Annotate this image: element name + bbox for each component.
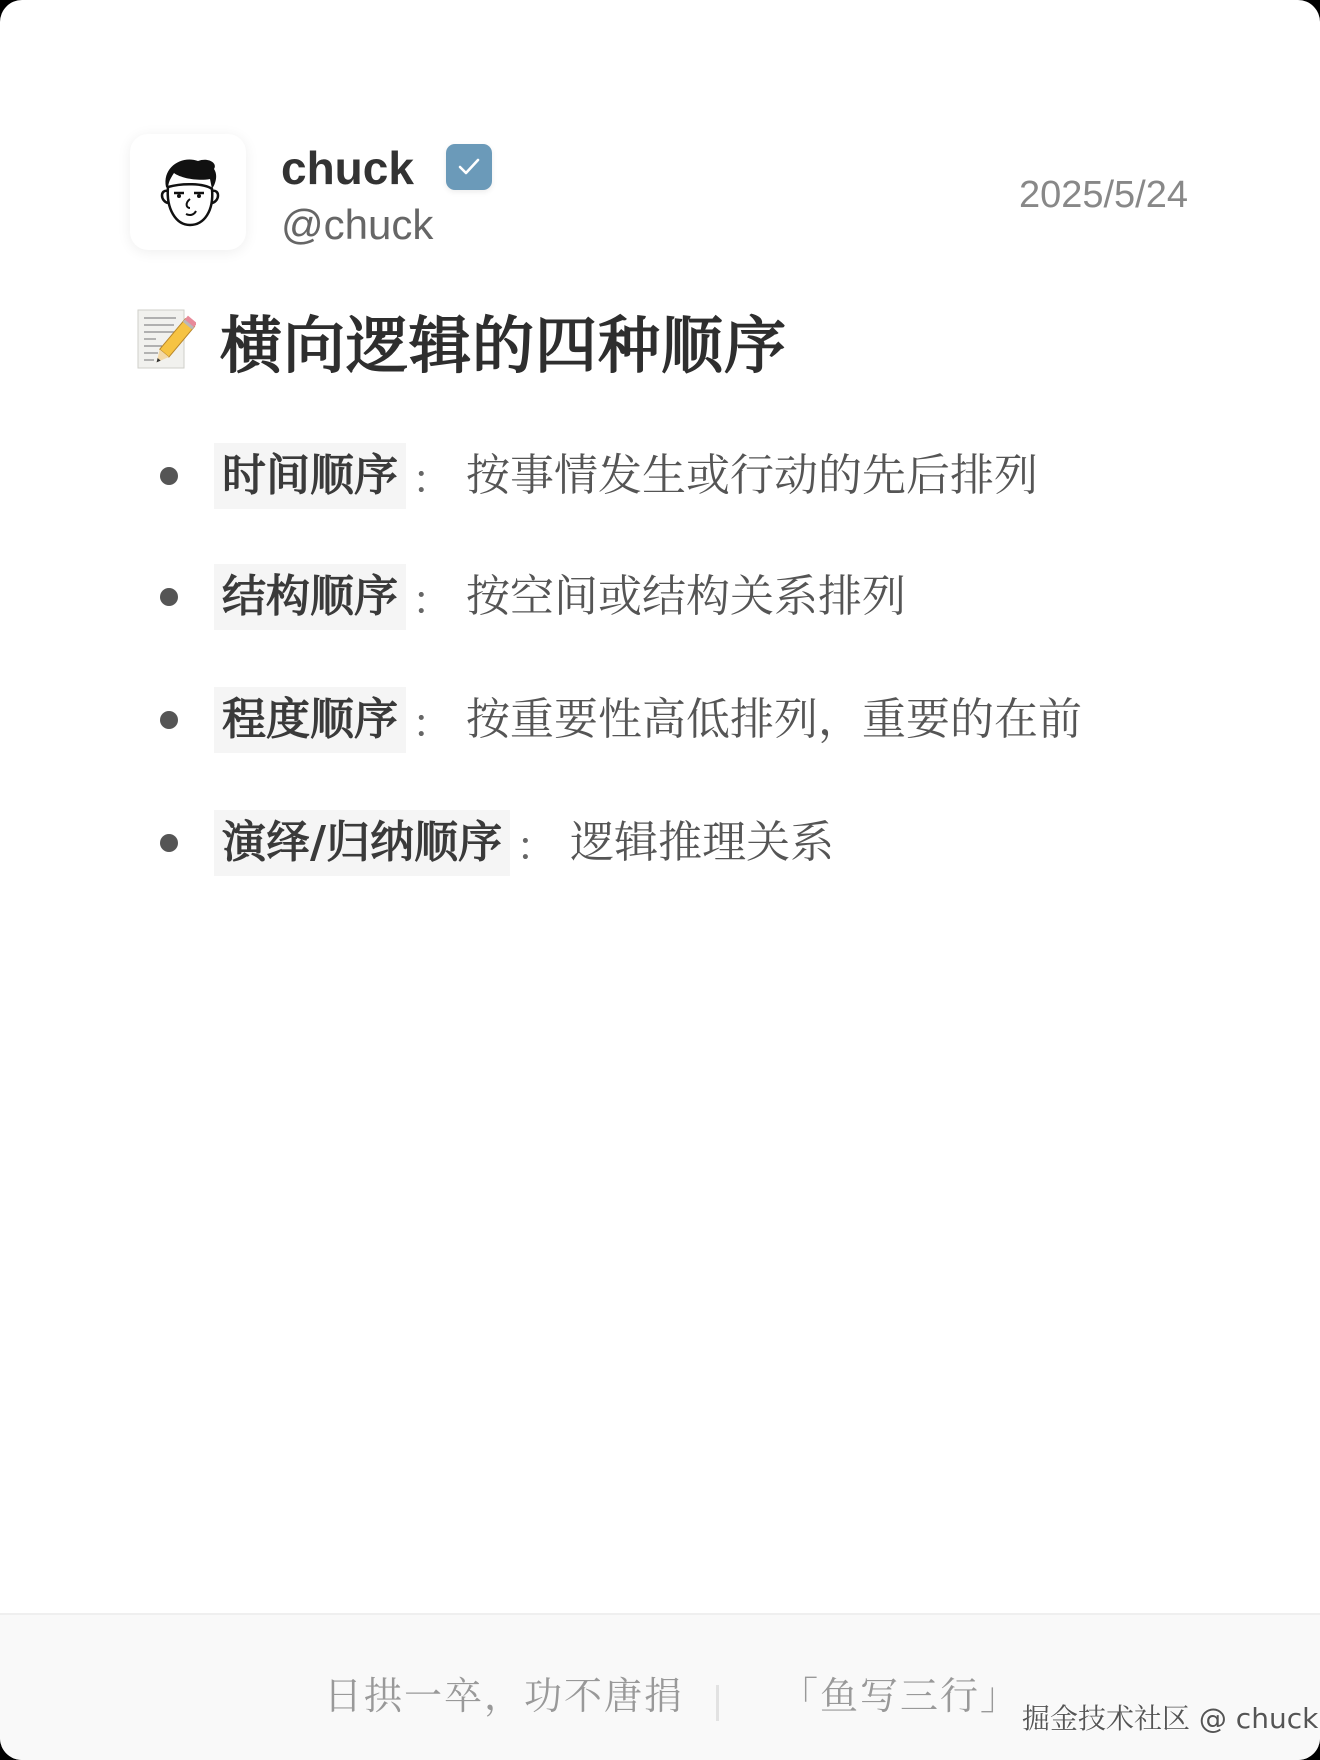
verified-badge [446, 144, 492, 190]
list-item: 演绎/归纳顺序 ： 逻辑推理关系 [160, 810, 834, 876]
list-item: 时间顺序 ： 按事情发生或行动的先后排列 [160, 443, 1038, 509]
watermark: 掘金技术社区 @ chuck [1022, 1697, 1318, 1737]
bullet-icon [160, 711, 178, 729]
bullet-icon [160, 834, 178, 852]
item-term: 结构顺序 [214, 564, 406, 630]
bullet-icon [160, 588, 178, 606]
footer-series: 「鱼写三行」 [780, 1665, 1020, 1720]
post-card: chuck @chuck 2025/5/24 横向逻辑的四种顺序 [0, 0, 1320, 1760]
author-handle[interactable]: @chuck [281, 197, 433, 253]
item-description: 按空间或结构关系排列 [466, 568, 906, 626]
item-term: 程度顺序 [214, 687, 406, 753]
item-separator: ： [412, 692, 452, 749]
author-name[interactable]: chuck [281, 138, 414, 198]
memo-pencil-icon [136, 308, 196, 372]
item-description: 按重要性高低排列，重要的在前 [466, 691, 1082, 749]
item-description: 按事情发生或行动的先后排列 [466, 447, 1038, 505]
avatar[interactable] [130, 134, 246, 250]
list-item: 结构顺序 ： 按空间或结构关系排列 [160, 564, 906, 630]
item-description: 逻辑推理关系 [570, 814, 834, 872]
post-title-row: 横向逻辑的四种顺序 [136, 300, 787, 380]
bullet-icon [160, 467, 178, 485]
item-term: 时间顺序 [214, 443, 406, 509]
item-separator: ： [412, 448, 452, 505]
list-item: 程度顺序 ： 按重要性高低排列，重要的在前 [160, 687, 1082, 753]
item-term: 演绎/归纳顺序 [214, 810, 510, 876]
post-date: 2025/5/24 [1019, 170, 1188, 220]
post-title: 横向逻辑的四种顺序 [220, 296, 787, 385]
footer-divider [716, 1685, 719, 1721]
check-icon [457, 157, 481, 177]
cartoon-man-avatar-icon [152, 153, 224, 231]
footer-motto: 日拱一卒，功不唐捐 [324, 1665, 684, 1720]
item-separator: ： [412, 569, 452, 626]
card-footer: 日拱一卒，功不唐捐 「鱼写三行」 掘金技术社区 @ chuck [0, 1613, 1320, 1760]
item-separator: ： [516, 815, 556, 872]
